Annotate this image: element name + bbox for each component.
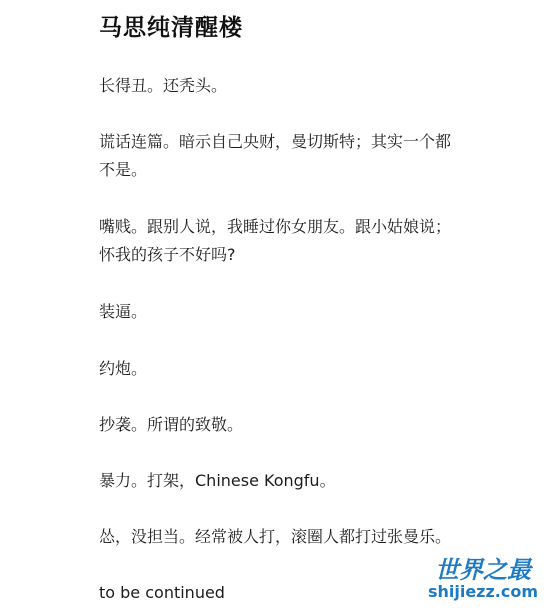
watermark-domain-text: shijiezz.com — [423, 583, 543, 601]
paragraph: 怂，没担当。经常被人打，滚圈人都打过张曼乐。 — [99, 523, 451, 551]
paragraph-line: to be continued — [99, 579, 225, 607]
watermark-logo: 世界之最 shijiezz.com — [423, 557, 543, 601]
paragraph: 暴力。打架，Chinese Kongfu。 — [99, 467, 336, 495]
paragraph-line: 约炮。 — [99, 355, 147, 383]
paragraph: 抄袭。所谓的致敬。 — [99, 411, 243, 439]
paragraph: 长得丑。还秃头。 — [99, 72, 227, 100]
paragraph-line: 嘴贱。跟别人说，我睡过你女朋友。跟小姑娘说； — [99, 213, 451, 241]
watermark-chinese-text: 世界之最 — [423, 557, 543, 583]
paragraph: to be continued — [99, 579, 225, 607]
paragraph: 嘴贱。跟别人说，我睡过你女朋友。跟小姑娘说； 怀我的孩子不好吗? — [99, 213, 451, 269]
paragraph: 约炮。 — [99, 355, 147, 383]
paragraph-line: 怂，没担当。经常被人打，滚圈人都打过张曼乐。 — [99, 523, 451, 551]
paragraph-line: 怀我的孩子不好吗? — [99, 241, 451, 269]
paragraph-line: 暴力。打架，Chinese Kongfu。 — [99, 467, 336, 495]
paragraph-line: 不是。 — [99, 156, 451, 184]
document-title: 马思纯清醒楼 — [99, 9, 243, 42]
paragraph-line: 抄袭。所谓的致敬。 — [99, 411, 243, 439]
paragraph-line: 长得丑。还秃头。 — [99, 72, 227, 100]
paragraph-line: 谎话连篇。暗示自己央财，曼切斯特；其实一个都 — [99, 128, 451, 156]
paragraph-line: 装逼。 — [99, 298, 147, 326]
paragraph: 装逼。 — [99, 298, 147, 326]
paragraph: 谎话连篇。暗示自己央财，曼切斯特；其实一个都 不是。 — [99, 128, 451, 184]
